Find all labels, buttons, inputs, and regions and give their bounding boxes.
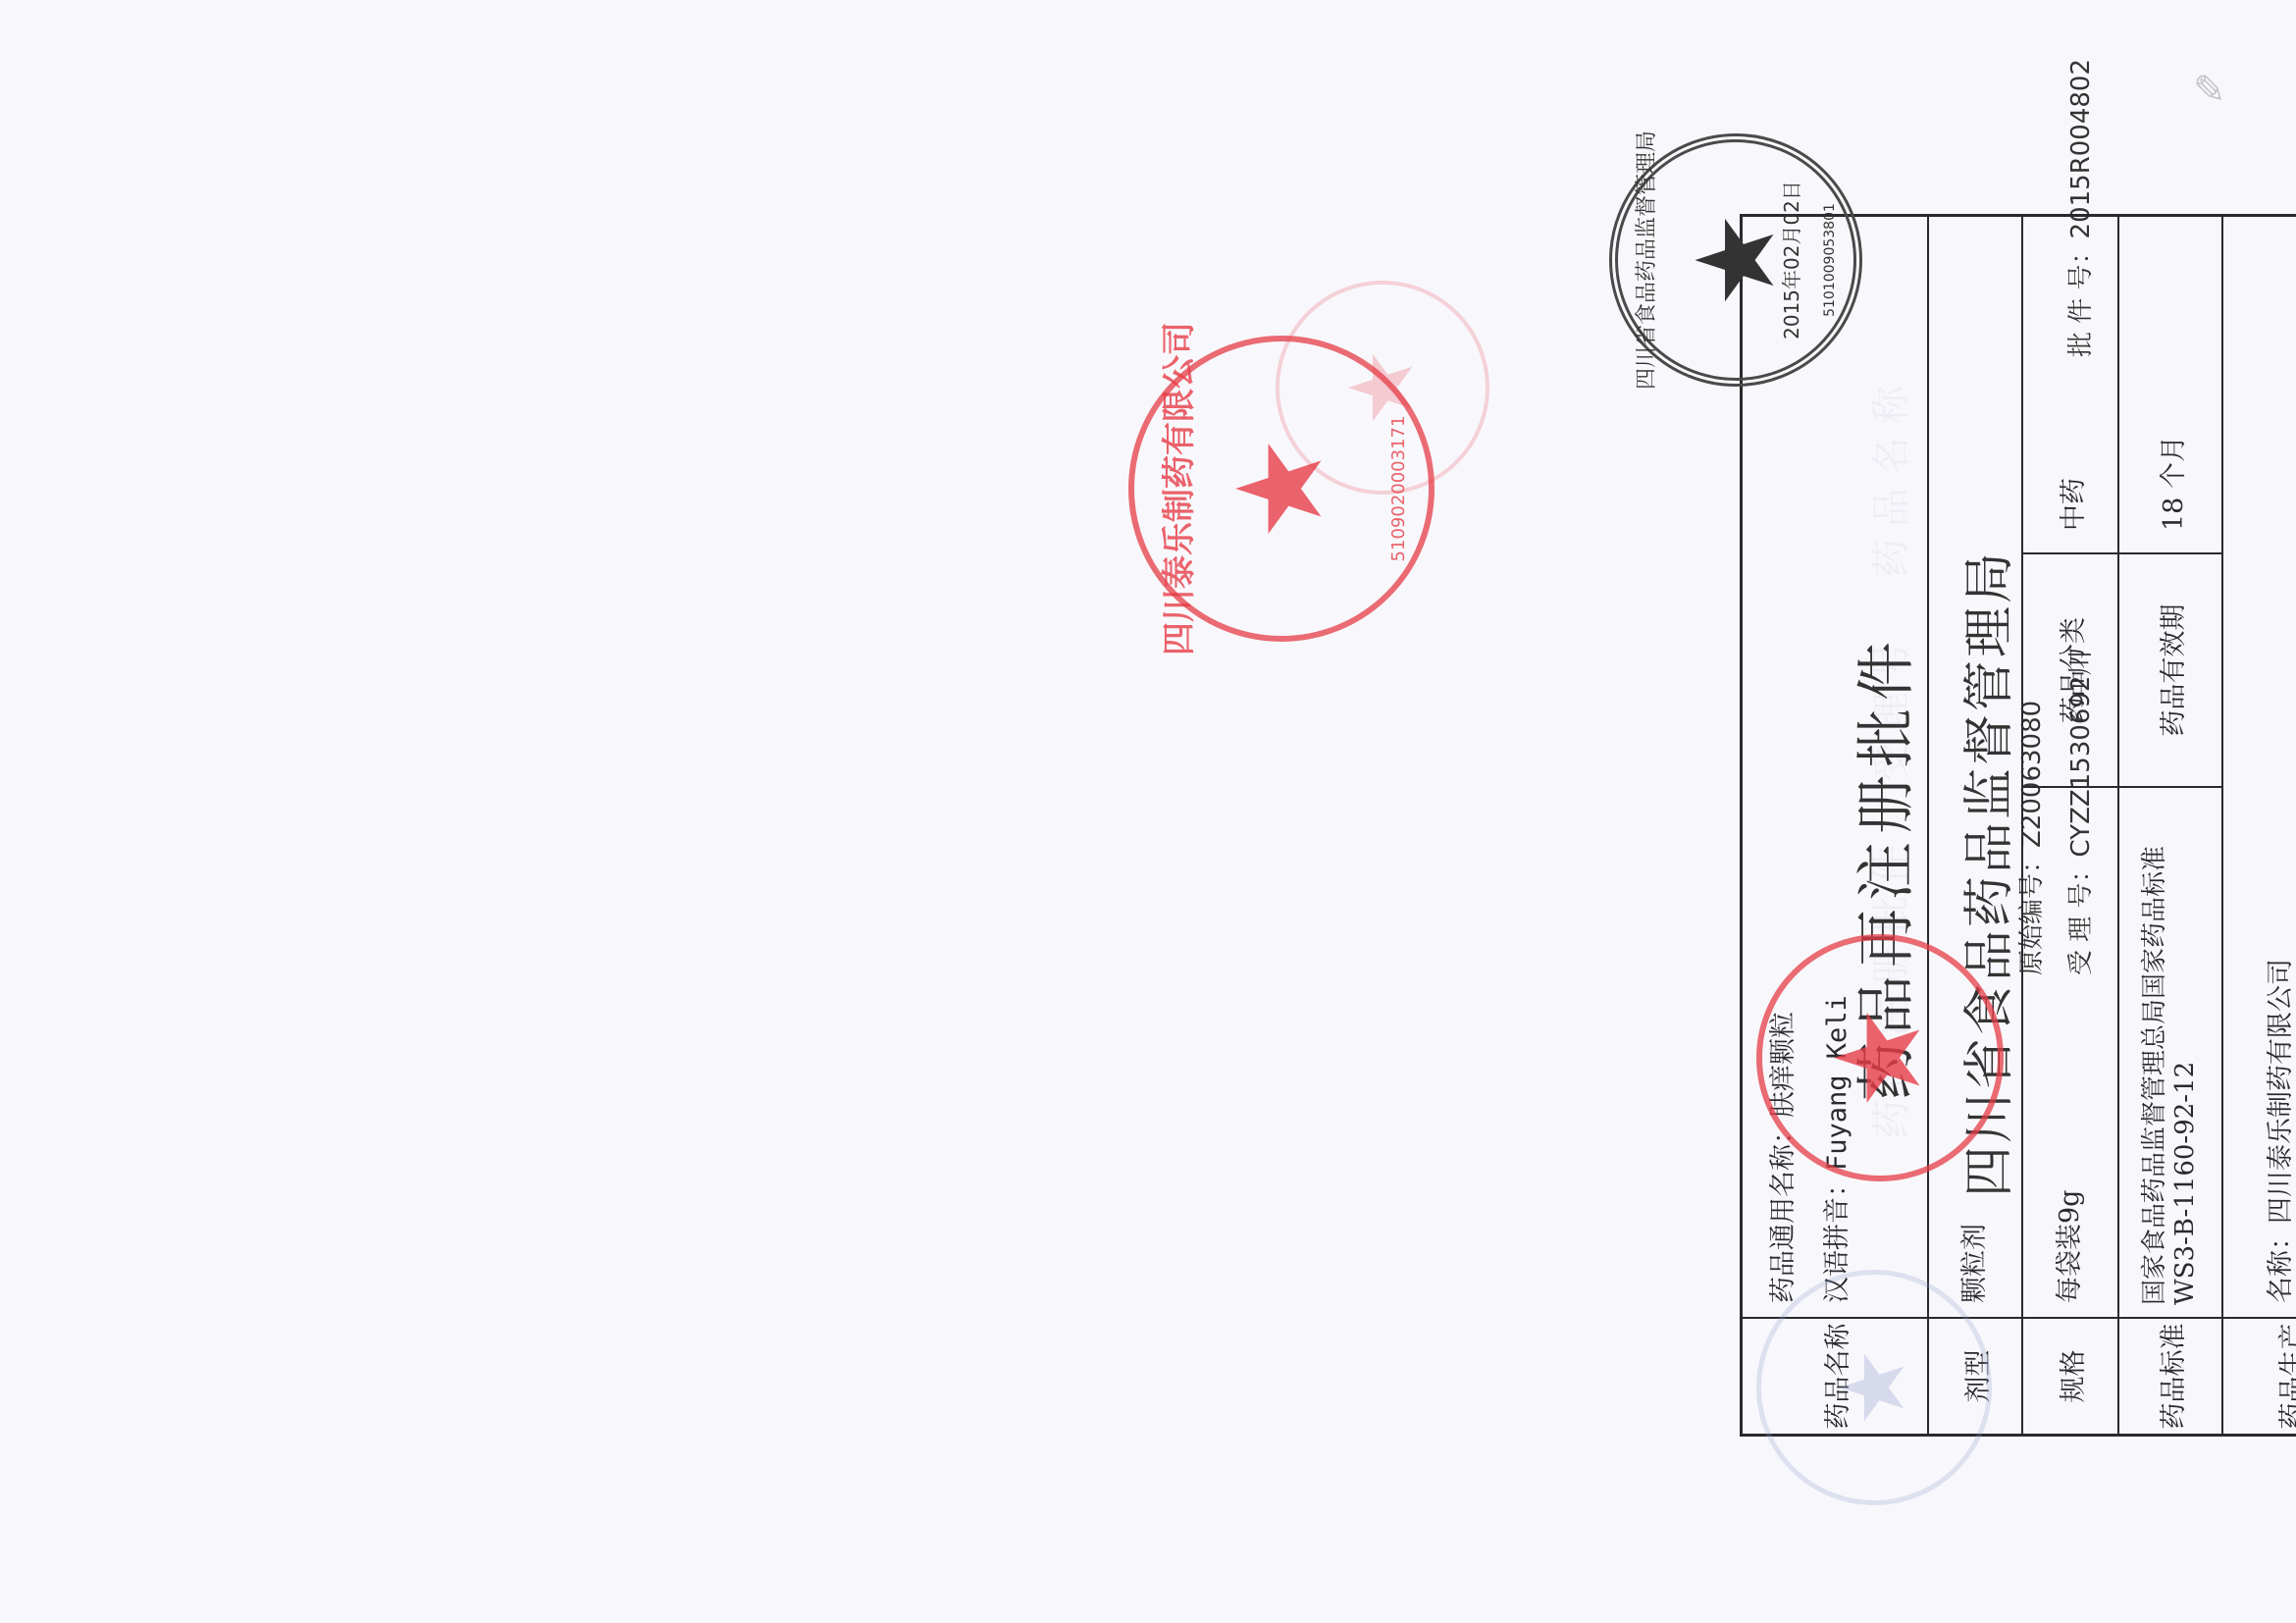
value-standard: 国家食品药品监督管理总局国家药品标准 WS3-B-1160-92-12 — [2119, 786, 2221, 1319]
value-drug-category: 中药 — [2023, 217, 2117, 554]
label-specification: 规格 — [2023, 1317, 2117, 1434]
row-dosage-form: 剂型 颗粒剂 — [1929, 217, 2023, 1434]
star-icon: ★ — [1830, 1348, 1918, 1428]
star-icon: ★ — [1682, 212, 1790, 309]
value-manufacturer: 名称：四川泰乐制药有限公司 生产地址：遂宁市创新工业园 — [2223, 217, 2296, 1319]
registration-table: 药品注册批件 受理号 药品名称 国家食品药品监督管理局 药品名称 药品通用名称：… — [1740, 214, 2296, 1437]
row-specification: 规格 每袋装9g 药品分类 中药 — [2023, 217, 2119, 1434]
value-specification: 每袋装9g — [2023, 786, 2117, 1319]
label-shelf-life: 药品有效期 — [2119, 554, 2221, 788]
label-manufacturer: 药品生产企业 — [2223, 1317, 2296, 1434]
agency-official-seal: ★ 四川省食品药品监督管理局 2015年02月02日 5101009053801 — [1609, 133, 1862, 387]
star-icon: ★ — [1821, 1005, 1939, 1111]
document-sheet: ✎ 四川省食品药品监督管理局 药品再注册批件 原始编号：Z20063080 受 … — [0, 0, 2296, 1623]
star-icon: ★ — [1223, 436, 1340, 542]
manufacturer-name: 四川泰乐制药有限公司 — [2266, 959, 2296, 1224]
row-manufacturer: 药品生产企业 名称：四川泰乐制药有限公司 生产地址：遂宁市创新工业园 — [2223, 217, 2296, 1434]
approval-number-value: 2015R004802 — [2066, 59, 2096, 239]
row-drug-name: 药品名称 药品通用名称：肤痒颗粒 汉语拼音：Fuyang Keli — [1743, 217, 1929, 1434]
label-standard: 药品标准 — [2119, 1317, 2221, 1434]
row-standard: 药品标准 国家食品药品监督管理总局国家药品标准 WS3-B-1160-92-12… — [2119, 217, 2223, 1434]
faint-blue-stamp: ★ — [1756, 1270, 1992, 1505]
label-drug-category: 药品分类 — [2023, 554, 2117, 788]
company-red-stamp: ★ 四川泰乐制药有限公司 5109020003171 — [1128, 336, 1435, 642]
scan-smudge: ✎ — [2193, 68, 2262, 127]
value-shelf-life: 18 个月 — [2119, 217, 2221, 554]
title-red-stamp: ★ — [1756, 934, 2004, 1181]
